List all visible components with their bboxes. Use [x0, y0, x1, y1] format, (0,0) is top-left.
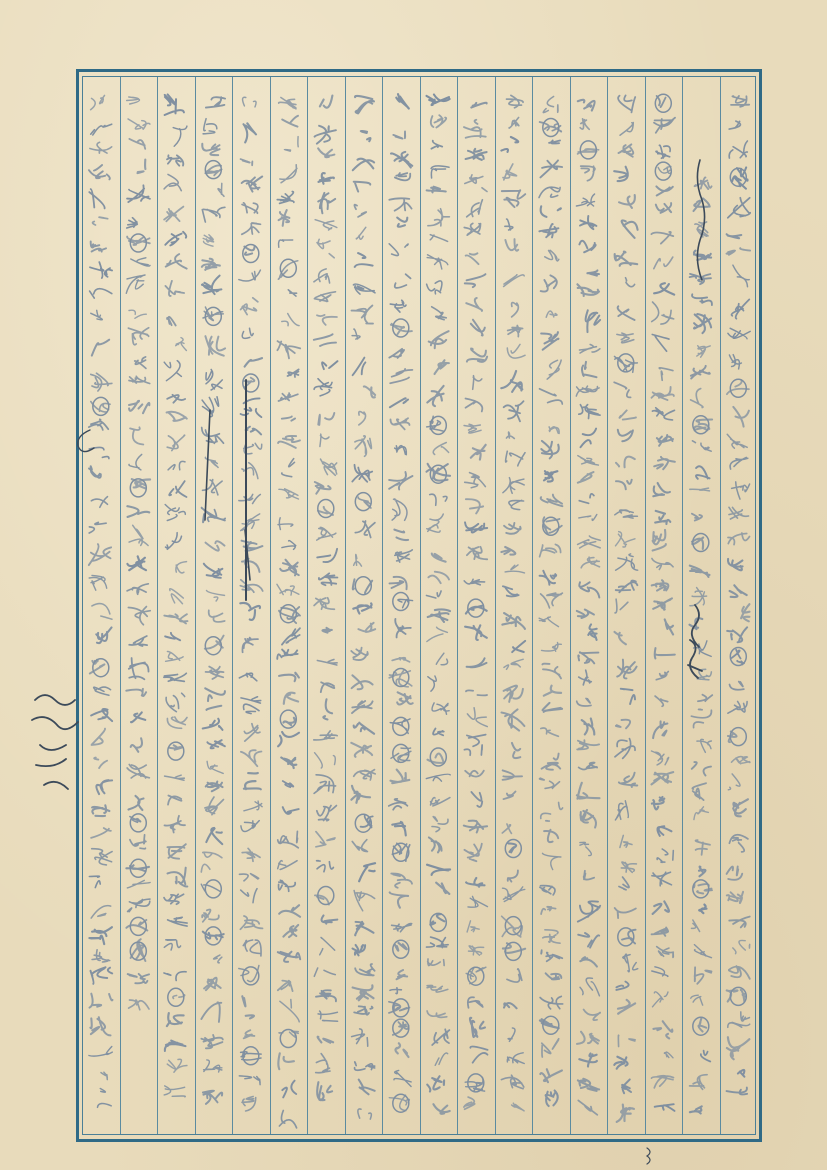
handwriting-layer	[0, 0, 827, 1170]
